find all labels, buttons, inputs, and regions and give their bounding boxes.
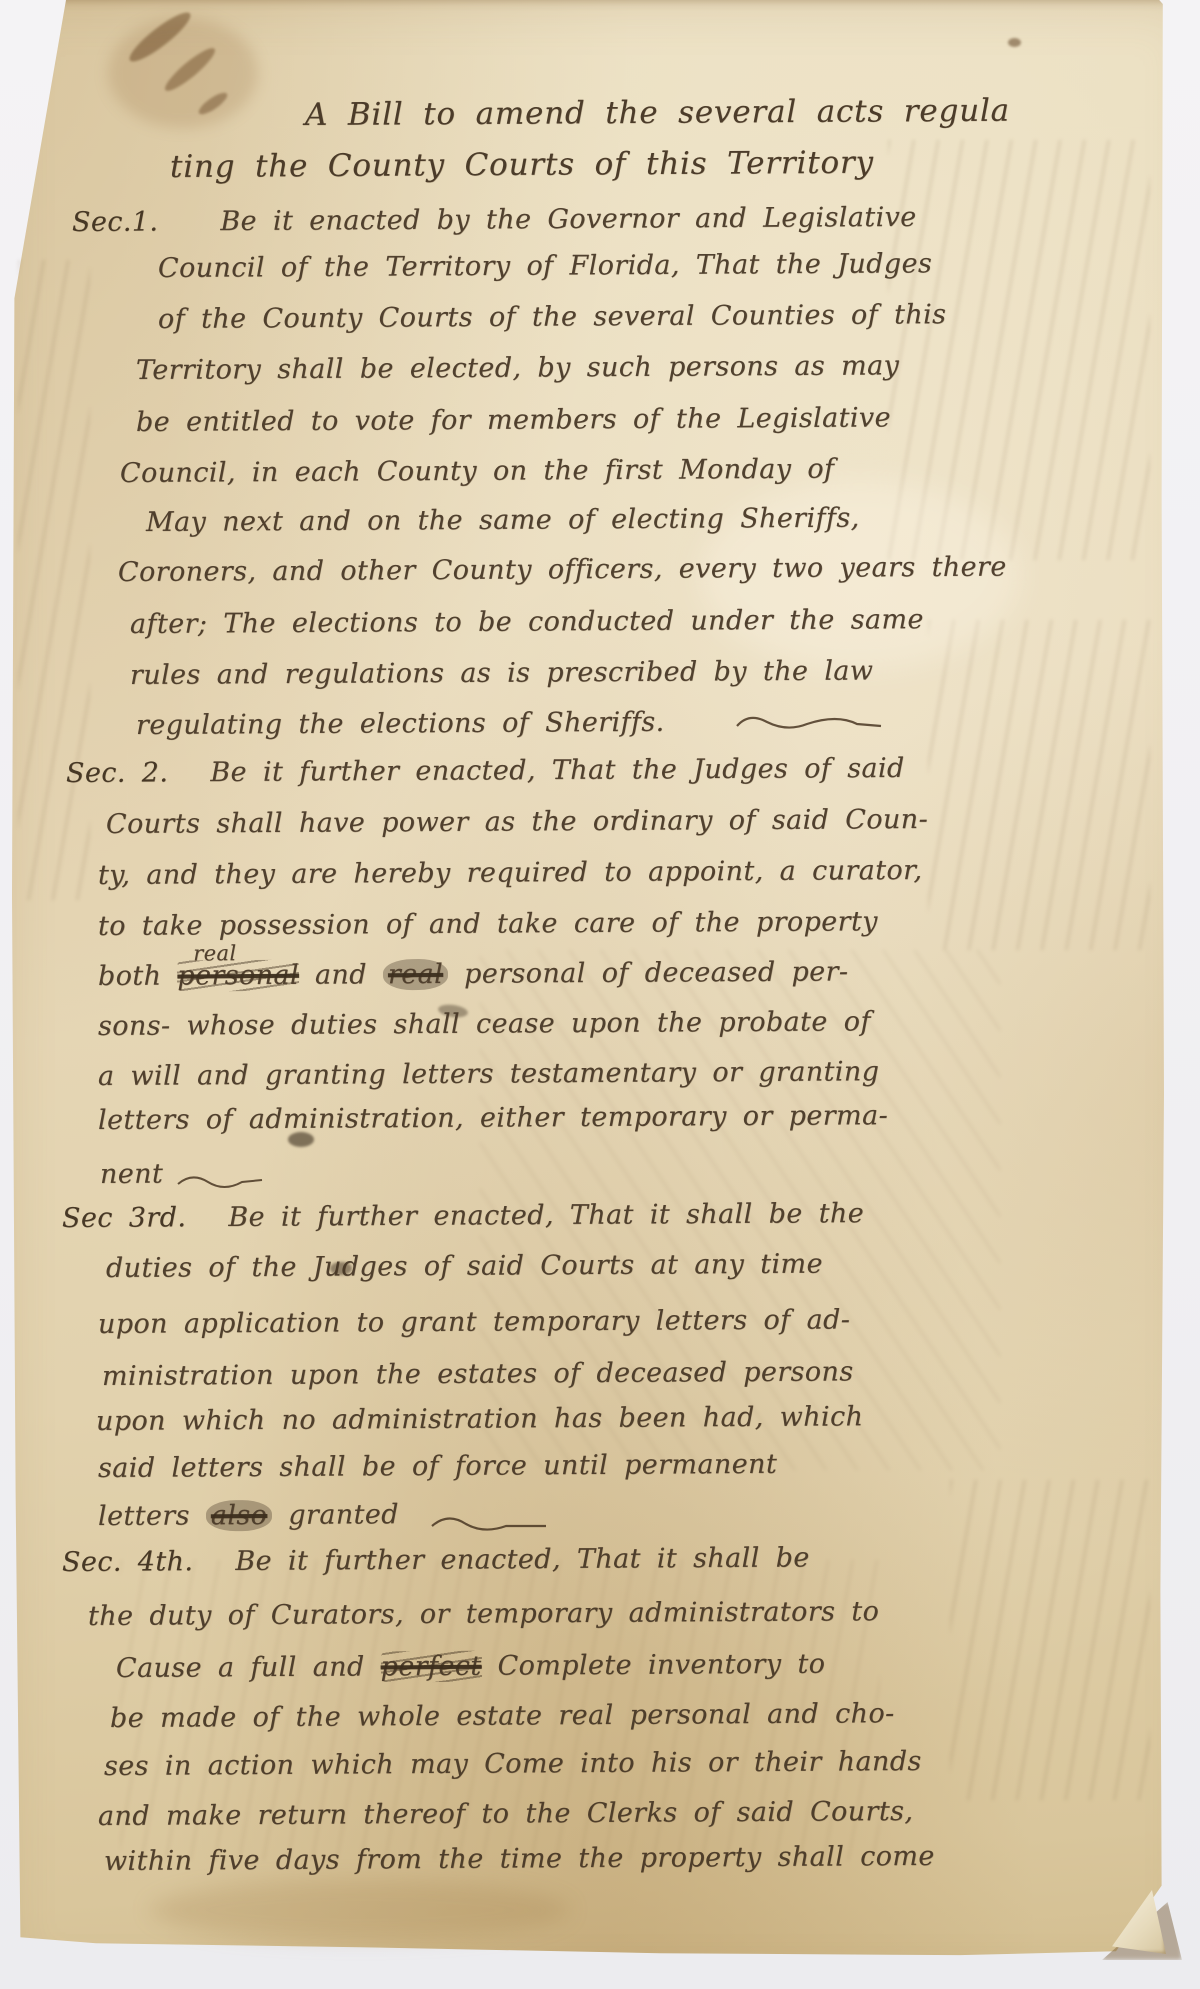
manuscript-line: Territory shall be elected, by such pers… — [136, 349, 899, 388]
manuscript-line: duties of the Judges of said Courts at a… — [106, 1248, 823, 1286]
pen-flourish — [735, 712, 885, 734]
section-label: Sec.1. — [72, 206, 159, 238]
manuscript-line-with-corrections: letters also granted — [98, 1498, 399, 1534]
section-2-opening: Sec. 2.Be it further enacted, That the J… — [66, 752, 905, 791]
manuscript-line: the duty of Curators, or temporary admin… — [88, 1595, 879, 1634]
manuscript-content: A Bill to amend the several acts regula … — [0, 0, 1200, 1989]
manuscript-line: regulating the elections of Sheriffs. — [136, 706, 665, 743]
edge-stain — [150, 1880, 570, 1940]
section-3-opening: Sec 3rd.Be it further enacted, That it s… — [62, 1197, 864, 1236]
manuscript-line: upon which no administration has been ha… — [96, 1400, 864, 1439]
section-4-opening: Sec. 4th.Be it further enacted, That it … — [62, 1541, 810, 1580]
manuscript-line: after; The elections to be conducted und… — [130, 603, 924, 642]
manuscript-line: Coroners, and other County officers, eve… — [118, 551, 1007, 590]
interlined-correction: realpersonal — [177, 959, 299, 994]
scan-background: A Bill to amend the several acts regula … — [0, 0, 1200, 1989]
struck-word: perfect — [381, 1651, 482, 1683]
manuscript-line: be entitled to vote for members of the L… — [136, 401, 891, 440]
ink-stain — [1008, 38, 1021, 47]
manuscript-line: ses in action which may Come into his or… — [104, 1745, 922, 1784]
struck-word: real — [383, 959, 448, 990]
manuscript-line: ministration upon the estates of decease… — [102, 1355, 854, 1394]
manuscript-line: Council, in each County on the first Mon… — [120, 453, 835, 491]
manuscript-line: May next and on the same of electing She… — [146, 502, 860, 540]
pen-flourish — [176, 1172, 266, 1192]
folded-corner — [1112, 1890, 1166, 1954]
section-label: Sec. 4th. — [62, 1546, 194, 1578]
manuscript-line: of the County Courts of the several Coun… — [158, 298, 947, 337]
manuscript-line: and make return thereof to the Clerks of… — [98, 1795, 914, 1834]
section-1-opening: Sec.1.Be it enacted by the Governor and … — [72, 201, 917, 240]
manuscript-line: ty, and they are hereby required to appo… — [98, 854, 923, 893]
section-label: Sec 3rd. — [62, 1202, 187, 1234]
manuscript-line: a will and granting letters testamentary… — [98, 1055, 880, 1094]
pen-flourish — [430, 1514, 550, 1536]
manuscript-line: upon application to grant temporary lett… — [98, 1303, 850, 1342]
manuscript-line-with-corrections: both realpersonal and real personal of d… — [98, 955, 849, 994]
title-line: A Bill to amend the several acts regula — [305, 94, 1010, 132]
manuscript-line: nent — [100, 1158, 163, 1192]
manuscript-line: Courts shall have power as the ordinary … — [106, 803, 928, 842]
manuscript-line: within five days from the time the prope… — [104, 1840, 935, 1879]
manuscript-line: be made of the whole estate real persona… — [110, 1697, 895, 1736]
section-label: Sec. 2. — [66, 757, 169, 789]
manuscript-line-with-corrections: Cause a full and perfect Complete invent… — [116, 1648, 826, 1686]
struck-word: also — [206, 1500, 273, 1531]
verso-bleedthrough — [950, 1480, 1150, 1800]
manuscript-line: sons- whose duties shall cease upon the … — [98, 1005, 871, 1044]
title-line: ting the County Courts of this Territory — [170, 146, 874, 184]
manuscript-line: Council of the Territory of Florida, Tha… — [158, 247, 932, 286]
verso-bleedthrough — [928, 620, 1150, 950]
manuscript-line: letters of administration, either tempor… — [98, 1099, 888, 1138]
inserted-word: real — [193, 936, 237, 970]
manuscript-line: said letters shall be of force until per… — [98, 1448, 777, 1486]
manuscript-line: rules and regulations as is prescribed b… — [130, 654, 874, 693]
verso-bleedthrough — [18, 260, 90, 900]
